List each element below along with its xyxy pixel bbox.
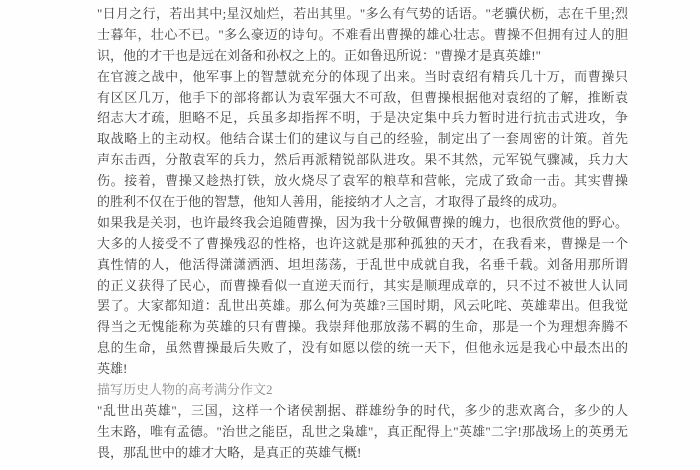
- text-line: 真性情的人，他活得潇潇洒洒、坦坦荡荡，于乱世中成就自我，名垂千载。刘备用那所谓: [97, 255, 628, 276]
- document-page: "日月之行，若出其中;星汉灿烂，若出其里。"多么有气势的话语。"老骥伏枥，志在千…: [0, 0, 700, 470]
- section-heading: 描写历史人物的高考满分作文2: [97, 380, 628, 401]
- text-line: 大多的人接受不了曹操残忍的性格，也许这就是那种孤独的天才，在我看来，曹操是一个: [97, 234, 628, 255]
- text-line: 在官渡之战中，他军事上的智慧就充分的体现了出来。当时袁绍有精兵几十万，而曹操只: [97, 67, 628, 88]
- text-line: 伤。接着，曹操又趁热打铁，放火烧尽了袁军的粮草和营帐，完成了致命一击。其实曹操: [97, 171, 628, 192]
- text-line: 的正义获得了民心，而曹操看似一直逆天而行，其实是顺理成章的，只不过不被世人认同: [97, 276, 628, 297]
- text-line: 息的生命，虽然曹操最后失败了，没有如愿以偿的统一天下，但他永远是我心中最杰出的: [97, 338, 628, 359]
- text-line: 声东击西，分散袁军的兵力，然后再派精锐部队进攻。果不其然，元军锐气骤减，兵力大: [97, 150, 628, 171]
- text-line: 如果我是关羽，也许最终我会追随曹操，因为我十分敬佩曹操的魄力，也很欣赏他的野心。: [97, 213, 628, 234]
- text-line: 英雄!: [97, 359, 628, 380]
- text-line: 得当之无愧能称为英雄的只有曹操。我崇拜他那放荡不羁的生命，那是一个为理想奔腾不: [97, 317, 628, 338]
- text-line: 识，他的才干也是远在刘备和孙权之上的。正如鲁迅所说："曹操才是真英雄!": [97, 46, 628, 67]
- text-line: 生末路，唯有孟德。"治世之能臣，乱世之枭雄"，真正配得上"英雄"二字!那战场上的…: [97, 422, 628, 443]
- text-line: "日月之行，若出其中;星汉灿烂，若出其里。"多么有气势的话语。"老骥伏枥，志在千…: [97, 4, 628, 25]
- essay-text-block: "日月之行，若出其中;星汉灿烂，若出其里。"多么有气势的话语。"老骥伏枥，志在千…: [97, 4, 628, 464]
- text-line: 畏，那乱世中的雄才大略，是真正的英雄气概!: [97, 443, 628, 464]
- text-line: "乱世出英雄"，三国，这样一个诸侯割据、群雄纷争的时代，多少的悲欢离合，多少的人: [97, 401, 628, 422]
- text-line: 有区区几万，他手下的部将都认为袁军强大不可敌，但曹操根据他对袁绍的了解，推断袁: [97, 88, 628, 109]
- text-line: 绍志大才疏，胆略不足，兵虽多却指挥不明，于是决定集中兵力暂时进行抗击式进攻，争: [97, 108, 628, 129]
- text-line: 取战略上的主动权。他结合谋士们的建议与自己的经验，制定出了一套周密的计策。首先: [97, 129, 628, 150]
- text-line: 的胜利不仅在于他的智慧，他知人善用，能接纳才人之言，才取得了最终的成功。: [97, 192, 628, 213]
- text-line: 士暮年，壮心不已。"多么豪迈的诗句。不难看出曹操的雄心壮志。曹操不但拥有过人的胆: [97, 25, 628, 46]
- text-line: 罢了。大家都知道：乱世出英雄。那么何为英雄?三国时期，风云叱咤、英雄辈出。但我觉: [97, 296, 628, 317]
